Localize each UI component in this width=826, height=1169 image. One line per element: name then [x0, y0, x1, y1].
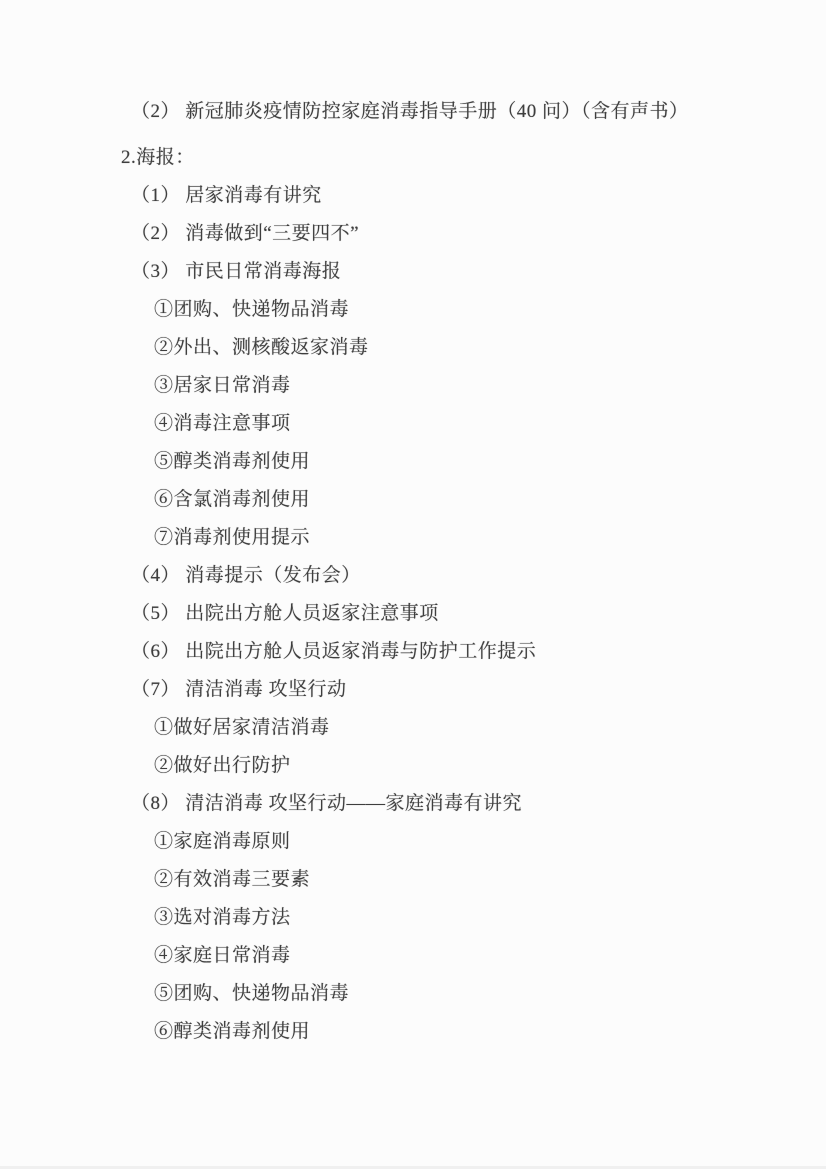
document-subline: ④消毒注意事项	[0, 405, 826, 443]
document-line: （6） 出院出方舱人员返家消毒与防护工作提示	[0, 633, 826, 671]
document-line: （2） 消毒做到“三要四不”	[0, 215, 826, 253]
document-subline: ①团购、快递物品消毒	[0, 291, 826, 329]
document-page: （2） 新冠肺炎疫情防控家庭消毒指导手册（40 问）（含有声书） 2.海报： （…	[0, 0, 826, 1169]
document-subline: ②外出、测核酸返家消毒	[0, 329, 826, 367]
document-content: （2） 新冠肺炎疫情防控家庭消毒指导手册（40 问）（含有声书） 2.海报： （…	[0, 93, 826, 1051]
document-line: （1） 居家消毒有讲究	[0, 177, 826, 215]
document-line: （2） 新冠肺炎疫情防控家庭消毒指导手册（40 问）（含有声书）	[0, 93, 826, 131]
document-line: （7） 清洁消毒 攻坚行动	[0, 671, 826, 709]
document-subline: ④家庭日常消毒	[0, 937, 826, 975]
document-subline: ②做好出行防护	[0, 747, 826, 785]
document-subline: ①家庭消毒原则	[0, 823, 826, 861]
document-subline: ⑦消毒剂使用提示	[0, 519, 826, 557]
document-line: （8） 清洁消毒 攻坚行动——家庭消毒有讲究	[0, 785, 826, 823]
document-subline: ⑥含氯消毒剂使用	[0, 481, 826, 519]
document-subline: ③居家日常消毒	[0, 367, 826, 405]
document-line: （3） 市民日常消毒海报	[0, 253, 826, 291]
document-line: （4） 消毒提示（发布会）	[0, 557, 826, 595]
document-subline: ③选对消毒方法	[0, 899, 826, 937]
document-subline: ⑤醇类消毒剂使用	[0, 443, 826, 481]
document-subline: ⑤团购、快递物品消毒	[0, 975, 826, 1013]
section-heading: 2.海报：	[0, 139, 826, 177]
document-subline: ①做好居家清洁消毒	[0, 709, 826, 747]
document-subline: ②有效消毒三要素	[0, 861, 826, 899]
document-line: （5） 出院出方舱人员返家注意事项	[0, 595, 826, 633]
document-subline: ⑥醇类消毒剂使用	[0, 1013, 826, 1051]
